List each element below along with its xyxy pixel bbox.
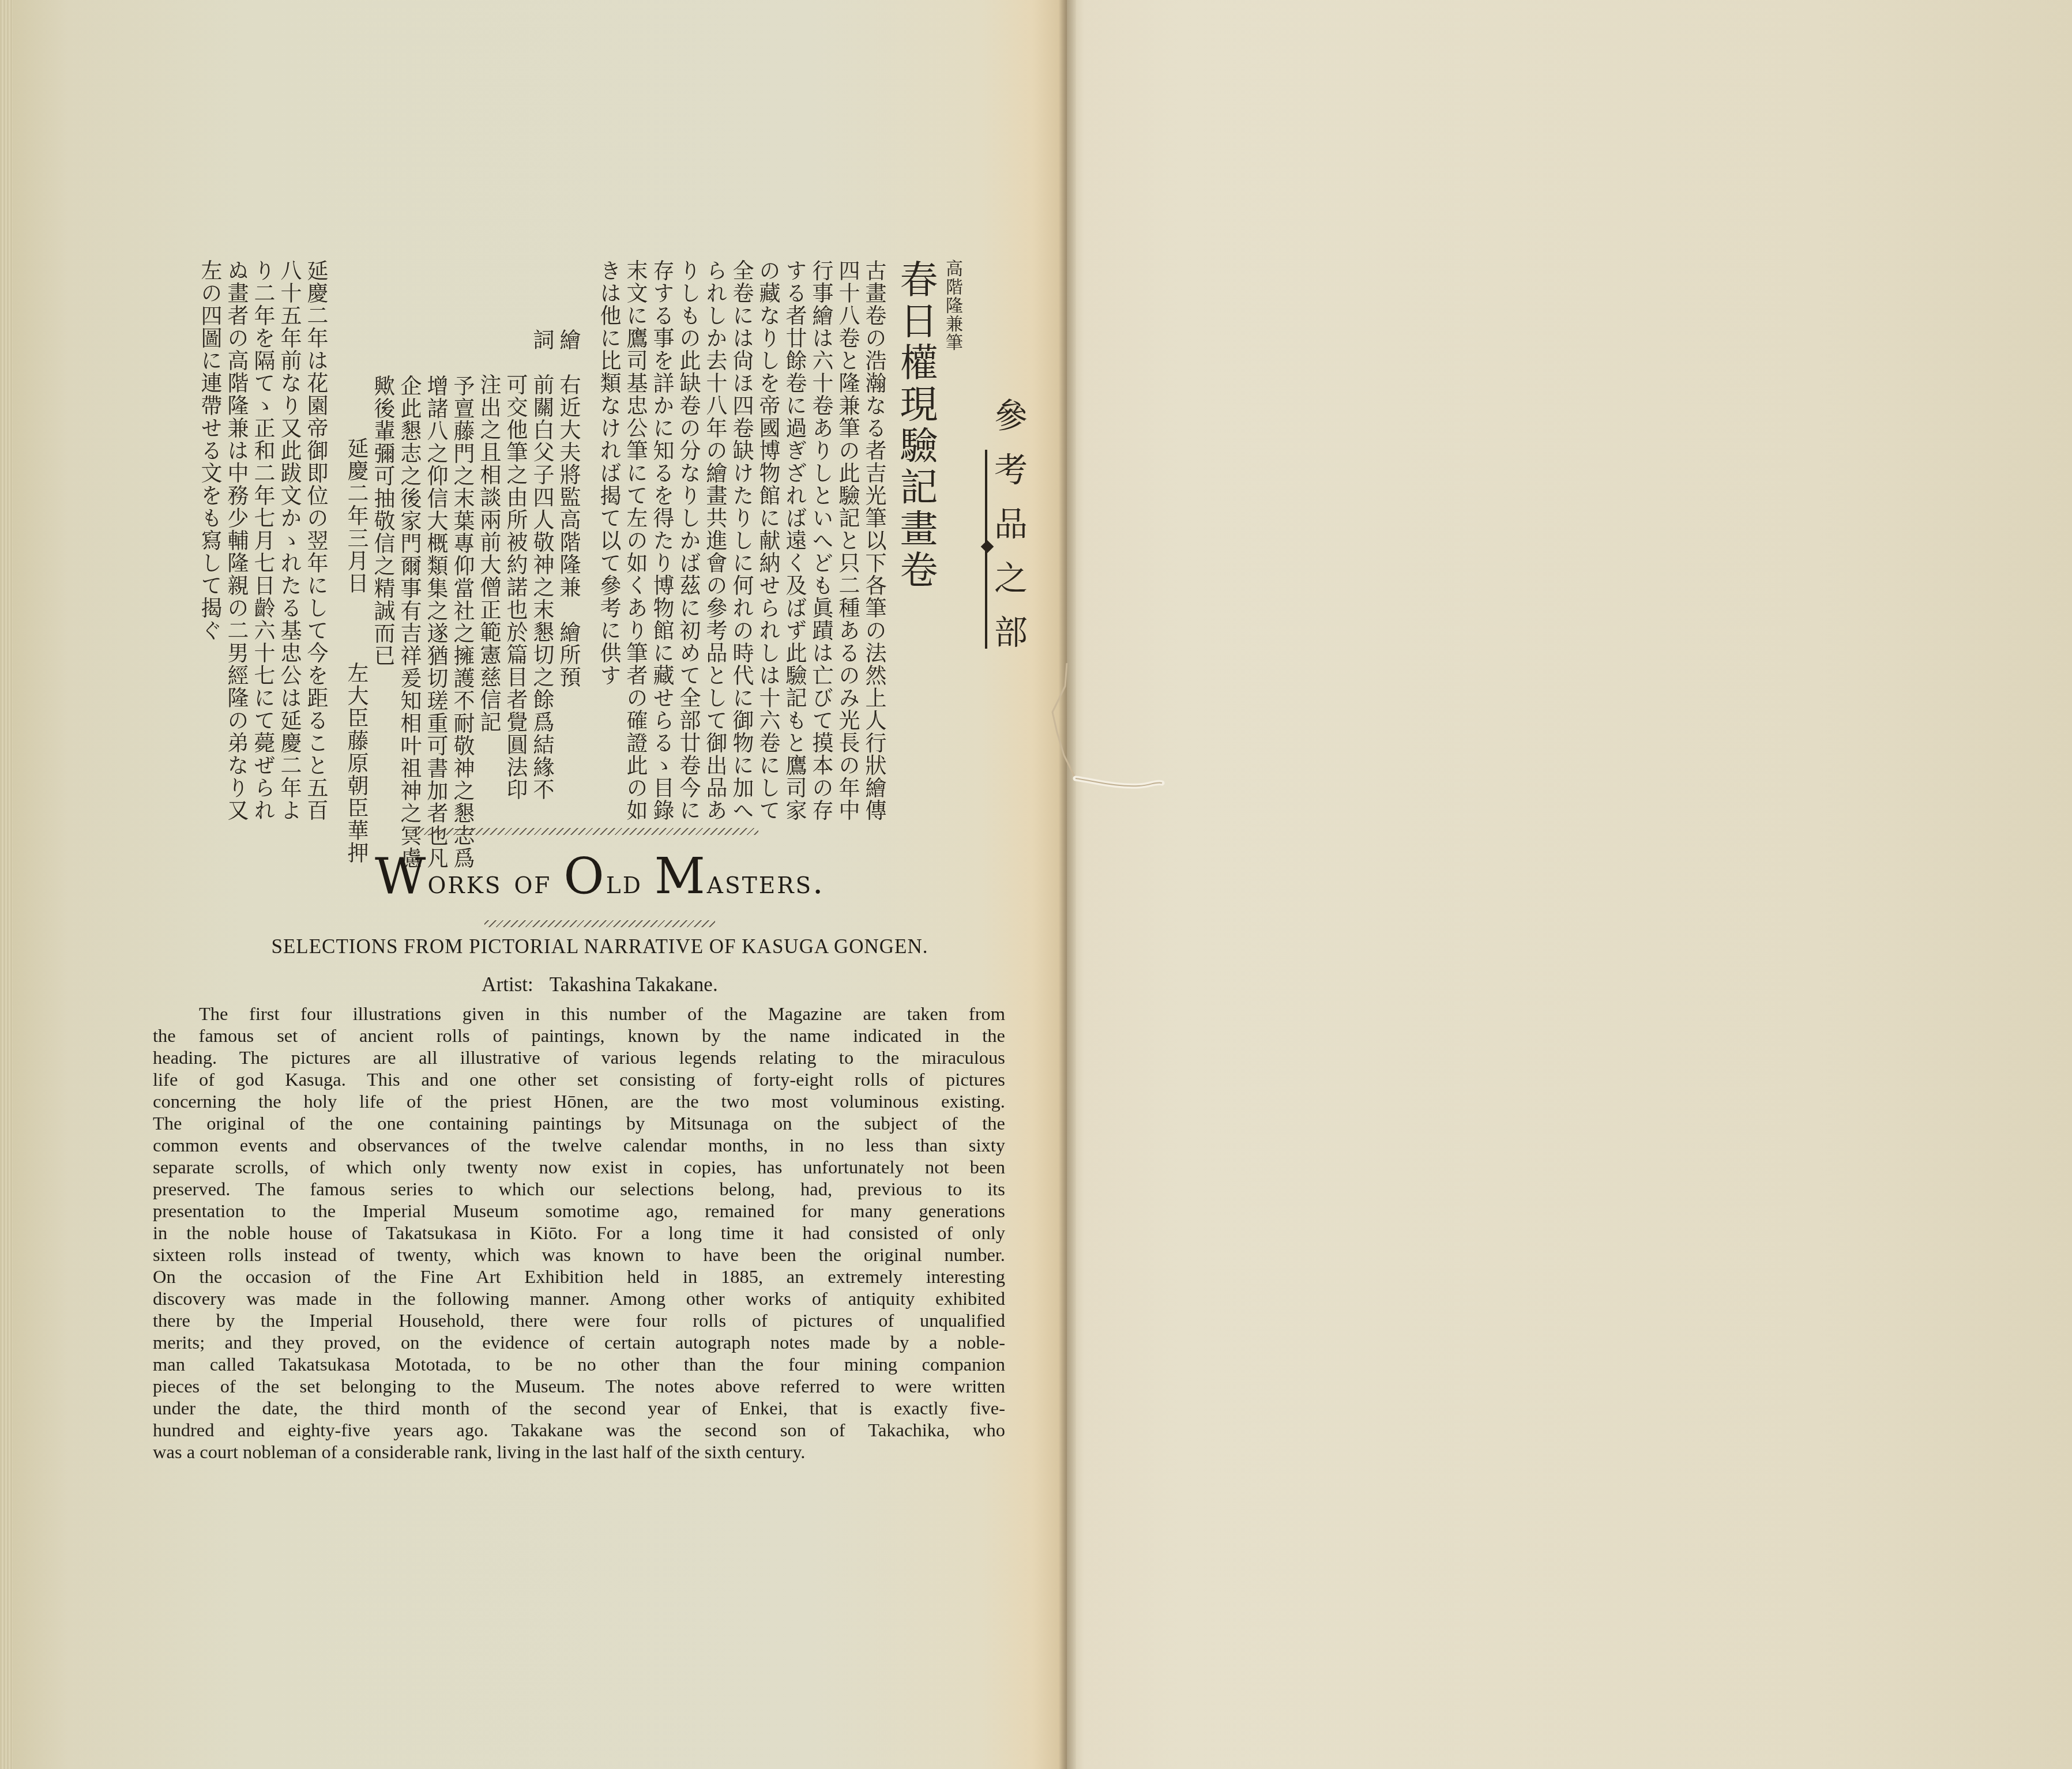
title-cap: O (563, 848, 606, 905)
title-cap: M (655, 848, 707, 905)
body-line: preserved. The famous series to which ou… (153, 1179, 1005, 1200)
body-line: pieces of the set belonging to the Museu… (153, 1376, 1005, 1398)
body-line: The first four illustrations given in th… (153, 1003, 1005, 1025)
ornament-rule-top (412, 828, 758, 835)
body-line: heading. The pictures are all illustrati… (153, 1047, 1005, 1069)
body-column: 全卷には尙ほ四卷缺けたりしに何れの時代に御物に加へ (728, 259, 754, 813)
closing-column: 延慶二年は花園帝御即位の翌年にして今を距ること五百 (302, 259, 329, 813)
quoted-date-signature: 延慶二年三月日 左大臣藤原朝臣華押 (343, 259, 369, 813)
closing-column: ぬ畫者の高階隆兼は中務少輔隆親の二男經隆の弟なり又 (223, 259, 249, 813)
body-line: there by the Imperial Household, there w… (153, 1310, 1005, 1332)
body-line: concerning the holy life of the priest H… (153, 1091, 1005, 1113)
body-line: presentation to the Imperial Museum somo… (153, 1200, 1005, 1222)
title-rest: asters. (707, 864, 825, 901)
right-page-blank (1067, 0, 2072, 1769)
body-line: was a court nobleman of a considerable r… (153, 1441, 1005, 1463)
body-line: The original of the one containing paint… (153, 1113, 1005, 1135)
body-column: られしか去十八年の繪畫共進會の參考品として御出品あ (701, 259, 728, 813)
page-edge-stack (0, 0, 13, 1769)
title-rest: ld (606, 864, 655, 901)
body-line: merits; and they proved, on the evidence… (153, 1332, 1005, 1354)
body-line: life of god Kasuga. This and one other s… (153, 1069, 1005, 1091)
ornament-rule-bottom (484, 920, 715, 927)
body-column: きは他に比類なければ揭て以て參考に供す (595, 259, 622, 813)
body-line: separate scrolls, of which only twenty n… (153, 1157, 1005, 1179)
body-line: common events and observances of the twe… (153, 1135, 1005, 1157)
body-line: hundred and eighty-five years ago. Takak… (153, 1420, 1005, 1441)
quoted-column: 企此懇志之後家門爾事有吉祥爰知相叶祖神之冥慮 (396, 259, 422, 813)
artist-name: Takashina Takakane. (550, 973, 718, 996)
quoted-column: 注出之且相談兩前大僧正範憲慈信記 (475, 259, 502, 813)
title-rest: orks of (427, 864, 563, 901)
left-page: 參考品之部 高階隆兼筆 春日權現驗記畫卷 古畫卷の浩瀚なる者吉光筆以下各筆の法然… (0, 0, 1067, 1769)
quoted-column: 繪 右近大夫將監高階隆兼 繪所預 (555, 259, 581, 813)
body-column: 末文に鷹司基忠公筆にて左の如くあり筆者の確證此の如 (622, 259, 648, 813)
english-body: The first four illustrations given in th… (153, 1003, 1005, 1463)
quoted-column: 歟後輩彌可抽敬信之精誠而已 (369, 259, 396, 813)
article-author: 高階隆兼筆 (941, 259, 963, 813)
closing-column: 左の四圖に連帶せる文をも寫して揭ぐ (196, 259, 223, 813)
japanese-columns: 高階隆兼筆 春日權現驗記畫卷 古畫卷の浩瀚なる者吉光筆以下各筆の法然上人行狀繪傳… (196, 259, 963, 813)
artist-line: Artist:Takashina Takakane. (185, 973, 1015, 996)
body-line: man called Takatsukasa Mototada, to be n… (153, 1354, 1005, 1376)
column-gap (329, 259, 343, 813)
closing-column: り二年を隔てゝ正和二年七月七日齡六十七にて薨ぜられ (249, 259, 276, 813)
column-gap (581, 259, 595, 813)
book-gutter (1059, 0, 1076, 1769)
body-line: under the date, the third month of the s… (153, 1398, 1005, 1420)
artist-label: Artist: (482, 973, 533, 996)
body-column: 古畫卷の浩瀚なる者吉光筆以下各筆の法然上人行狀繪傳 (860, 259, 887, 813)
body-line: sixteen rolls instead of twenty, which w… (153, 1244, 1005, 1266)
quoted-column: 予亶藤門之末葉專仰當社之擁護不耐敬神之懇志爲 (449, 259, 475, 813)
body-column: 存する事を詳かに知るを得たり博物館に藏せらるゝ目錄 (648, 259, 675, 813)
closing-column: 八十五年前なり又此跋文かゝれたる基忠公は延慶二年よ (276, 259, 302, 813)
section-heading: 參考品之部 (984, 398, 1032, 669)
english-subtitle: SELECTIONS FROM PICTORIAL NARRATIVE OF K… (185, 935, 1015, 958)
japanese-article: 參考品之部 高階隆兼筆 春日權現驗記畫卷 古畫卷の浩瀚なる者吉光筆以下各筆の法然… (167, 259, 1032, 813)
english-title: Works of Old Masters. (323, 848, 877, 905)
body-column: 四十八卷と隆兼筆の此驗記と只二種あるのみ光長の年中 (834, 259, 860, 813)
quoted-column: 可交他筆之由所被約諾也於篇目者覺圓法印 (502, 259, 528, 813)
body-line: On the occasion of the Fine Art Exhibiti… (153, 1266, 1005, 1288)
body-line: in the noble house of Takatsukasa in Kiō… (153, 1222, 1005, 1244)
body-column: 行事繪は六十卷ありしといへども眞蹟は亡びて摸本の存 (807, 259, 834, 813)
paper-tear-mark (1041, 663, 1179, 790)
article-title: 春日權現驗記畫卷 (893, 259, 938, 813)
body-column: の藏なりしを帝國博物館に献納せられしは十六卷にして (754, 259, 781, 813)
body-column: りしもの此缺卷の分なりしかば茲に初めて全部廿卷今に (675, 259, 701, 813)
quoted-column: 詞 前關白父子四人敬神之末懇切之餘爲結緣不 (528, 259, 555, 813)
title-cap: W (375, 848, 427, 905)
body-column: する者廿餘卷に過ぎざれば遠く及ばず此驗記もと鷹司家 (781, 259, 807, 813)
quoted-column: 增諸八之仰信大概類集之遂猶切瑳重可書加者也凡 (422, 259, 449, 813)
body-line: the famous set of ancient rolls of paint… (153, 1025, 1005, 1047)
body-line: discovery was made in the following mann… (153, 1288, 1005, 1310)
